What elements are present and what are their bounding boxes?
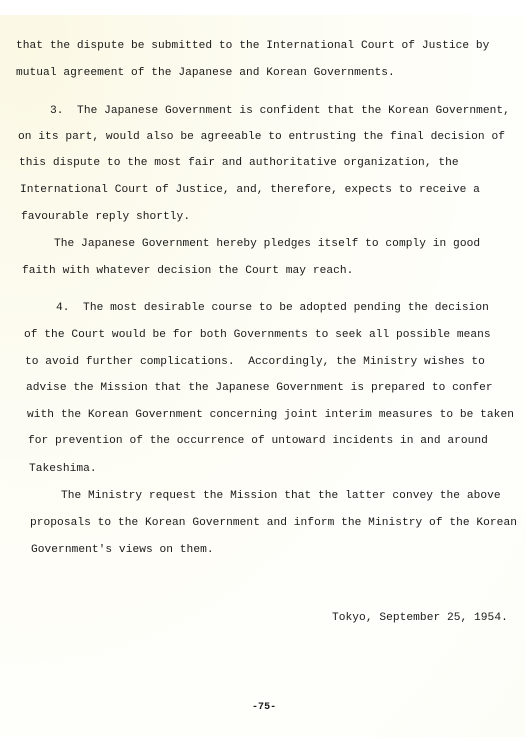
text-line: mutual agreement of the Japanese and Kor… [16,67,395,79]
text-line: faith with whatever decision the Court m… [22,265,353,277]
text-line: proposals to the Korean Government and i… [30,517,517,529]
document-page: that the dispute be submitted to the Int… [0,15,525,737]
page-number: -75- [252,702,276,713]
dateline: Tokyo, September 25, 1954. [332,612,508,624]
text-line: this dispute to the most fair and author… [19,157,459,169]
paragraph-4-start: 4. The most desirable course to be adopt… [56,302,489,314]
text-line: Takeshima. [29,463,97,475]
text-line: that the dispute be submitted to the Int… [16,40,489,52]
text-line: to avoid further complications. Accordin… [25,356,485,368]
text-line: favourable reply shortly. [21,211,190,223]
text-line: International Court of Justice, and, the… [20,184,480,196]
text-line: on its part, would also be agreeable to … [18,131,505,143]
text-line: advise the Mission that the Japanese Gov… [26,382,493,394]
closing-paragraph-start: The Ministry request the Mission that th… [61,490,501,502]
pledge-paragraph-start: The Japanese Government hereby pledges i… [54,238,480,250]
paragraph-3-start: 3. The Japanese Government is confident … [50,105,510,117]
text-line: Government's views on them. [31,544,214,556]
text-line: with the Korean Government concerning jo… [27,409,514,421]
text-line: for prevention of the occurrence of unto… [28,435,488,447]
text-line: of the Court would be for both Governmen… [24,329,491,341]
